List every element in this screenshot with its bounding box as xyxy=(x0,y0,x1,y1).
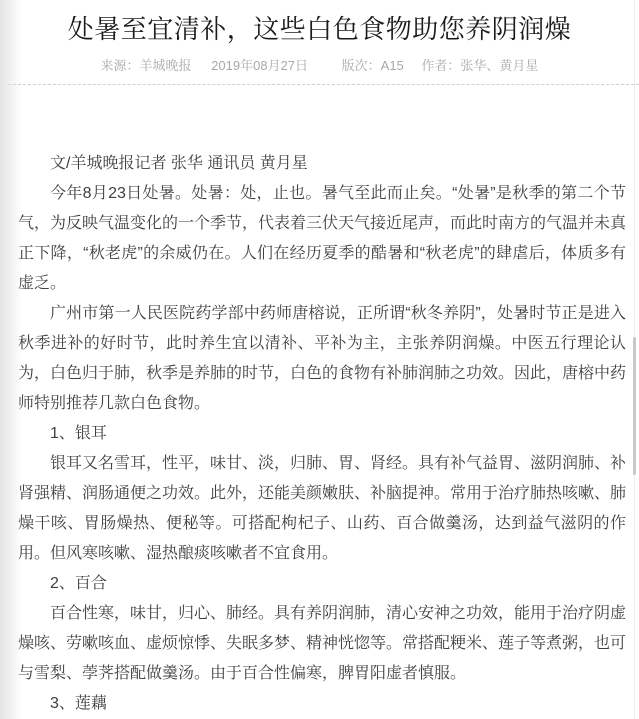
meta-author: 作者：张华、黄月星 xyxy=(421,58,538,74)
article-body: 文/羊城晚报记者 张华 通讯员 黄月星 今年8月23日处暑。处暑：处，止也。暑气… xyxy=(0,149,639,719)
article-paragraph: 百合性寒，味甘，归心、肺经。具有养阴润肺，清心安神之功效，能用于治疗阴虚燥咳、劳… xyxy=(18,599,626,689)
meta-edition: 版次：A15 xyxy=(342,58,404,74)
article-paragraph: 今年8月23日处暑。处暑：处，止也。暑气至此而止矣。“处暑”是秋季的第二个节气，… xyxy=(18,179,626,299)
article-meta-row: 来源：羊城晚报 2019年08月27日 版次：A15 作者：张华、黄月星 xyxy=(0,58,639,74)
meta-date: 2019年08月27日 xyxy=(211,58,308,74)
article-subheading-baihe: 2、百合 xyxy=(18,569,626,599)
article-subheading-lianou: 3、莲藕 xyxy=(18,689,626,719)
article-paragraph: 银耳又名雪耳，性平，味甘、淡，归肺、胃、肾经。具有补气益胃、滋阴润肺、补肾强精、… xyxy=(18,449,626,569)
meta-source: 来源：羊城晚报 xyxy=(101,58,192,74)
article-title: 处暑至宜清补，这些白色食物助您养阴润燥 xyxy=(0,0,639,48)
dashed-divider xyxy=(8,84,639,85)
scrollbar-thumb[interactable] xyxy=(633,337,636,475)
article-subheading-yiner: 1、银耳 xyxy=(18,419,626,449)
article-page: 处暑至宜清补，这些白色食物助您养阴润燥 来源：羊城晚报 2019年08月27日 … xyxy=(0,0,639,719)
article-paragraph-byline: 文/羊城晚报记者 张华 通讯员 黄月星 xyxy=(18,149,626,179)
article-paragraph: 广州市第一人民医院药学部中药师唐榕说，正所谓“秋冬养阴”，处暑时节正是进入秋季进… xyxy=(18,299,626,419)
